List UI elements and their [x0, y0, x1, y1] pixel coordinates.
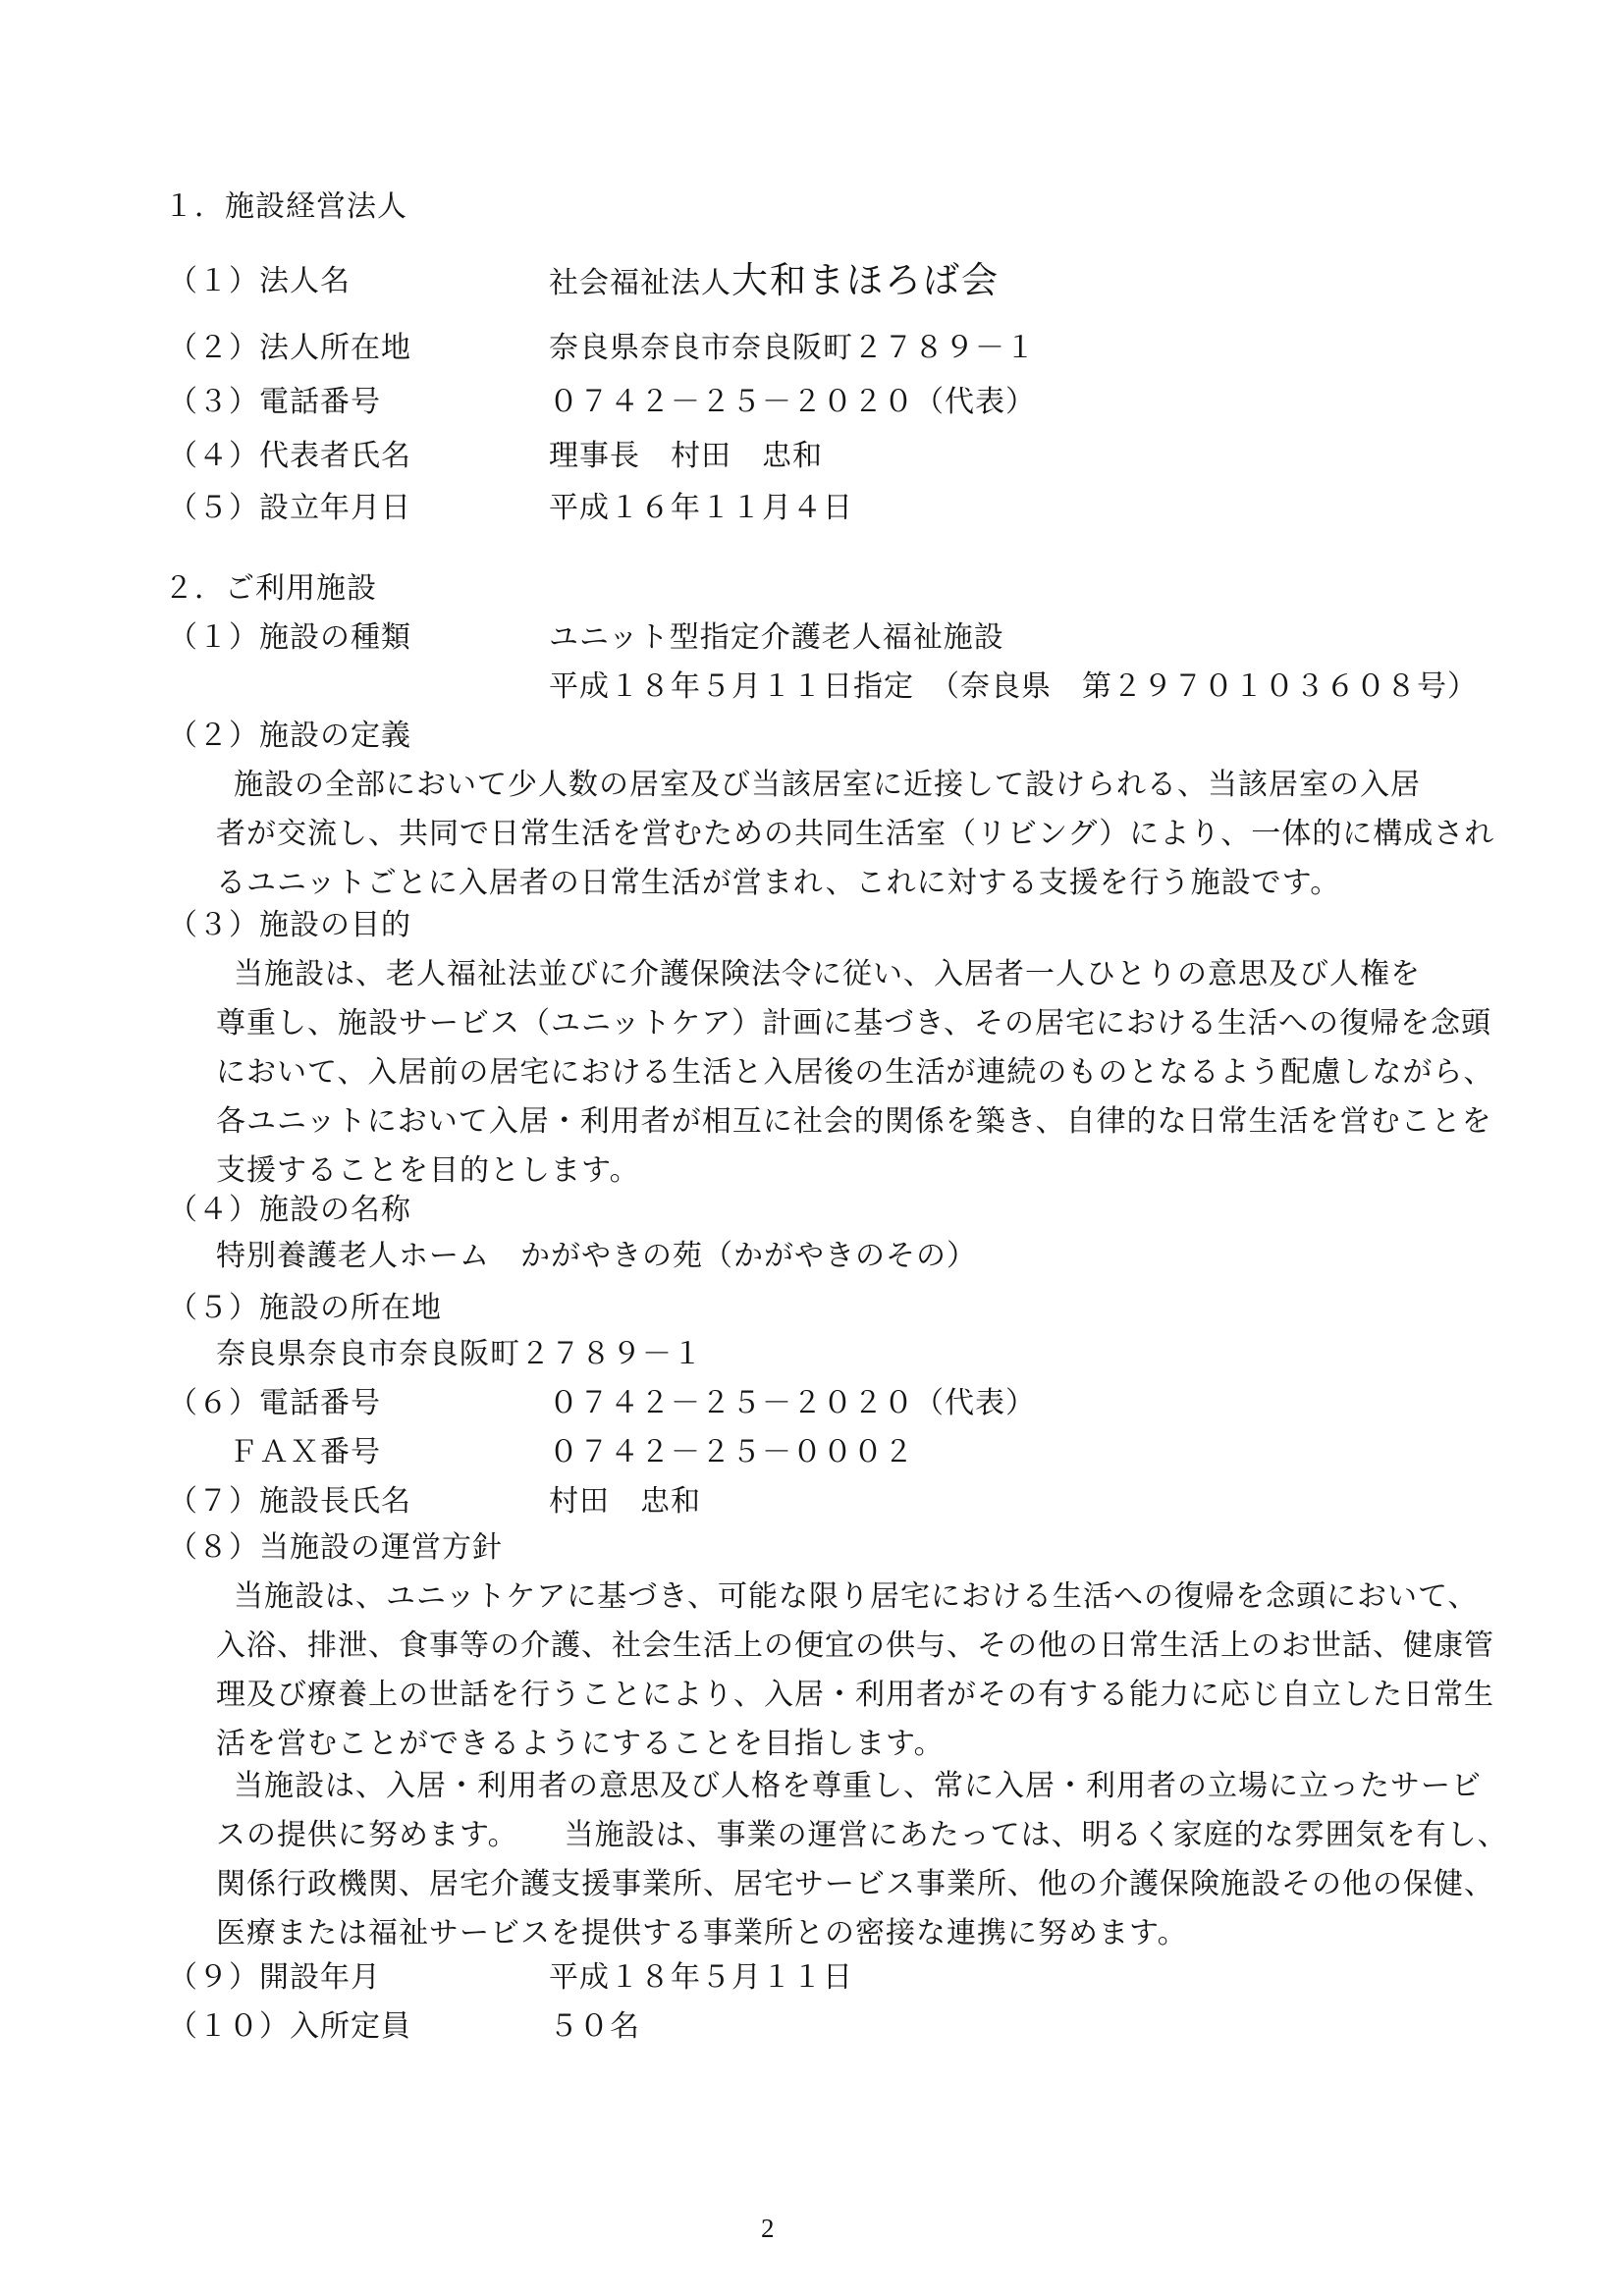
field-label: （１）法人名: [168, 257, 549, 306]
page-number: 2: [761, 2211, 775, 2246]
field-value: ０７４２－２５－２０２０（代表）: [549, 1379, 1036, 1428]
row-facility-director: （７）施設長氏名 村田 忠和: [168, 1477, 1585, 1526]
row-facility-type: （１）施設の種類 ユニット型指定介護老人福祉施設: [168, 614, 1585, 663]
facility-name-value: 特別養護老人ホーム かがやきの苑（かがやきのその）: [216, 1232, 1585, 1281]
operation-policy-paragraph-1: 当施設は、ユニットケアに基づき、可能な限り居宅における生活への復帰を念頭において…: [216, 1573, 1585, 1769]
paragraph-line: 入浴、排泄、食事等の介護、社会生活上の便宜の供与、その他の日常生活上のお世話、健…: [216, 1622, 1585, 1671]
row-facility-name: （４）施設の名称: [168, 1186, 1585, 1235]
field-value: ０７４２－２５－２０２０（代表）: [549, 378, 1036, 427]
corporate-name-prefix: 社会福祉法人: [549, 267, 731, 299]
paragraph-line: 者が交流し、共同で日常生活を営むための共同生活室（リビング）により、一体的に構成…: [216, 810, 1585, 859]
field-value: 理事長 村田 忠和: [549, 432, 823, 481]
paragraph-line: 医療または福祉サービスを提供する事業所との密接な連携に努めます。: [216, 1909, 1585, 1958]
row-opening-date: （９）開設年月 平成１８年５月１１日: [168, 1953, 1585, 2002]
row-facility-phone: （６）電話番号 ０７４２－２５－２０２０（代表）: [168, 1379, 1585, 1428]
field-value: 平成１８年５月１１日: [549, 1953, 853, 2002]
document-page: { "document": { "page_number": "2", "sec…: [0, 0, 1624, 2296]
row-corporate-name: （１）法人名 社会福祉法人大和まほろば会: [168, 257, 1585, 306]
field-label: （２）法人所在地: [168, 324, 549, 373]
corporate-name-emphasis: 大和まほろば会: [731, 261, 1000, 301]
facility-address-value: 奈良県奈良市奈良阪町２７８９－１: [216, 1330, 1585, 1379]
field-value: 平成１６年１１月４日: [549, 484, 853, 533]
field-label: （７）施設長氏名: [168, 1477, 549, 1526]
field-label: （３）電話番号: [168, 378, 549, 427]
paragraph-line: 施設の全部において少人数の居室及び当該居室に近接して設けられる、当該居室の入居: [216, 761, 1585, 810]
row-established-date: （５）設立年月日 平成１６年１１月４日: [168, 484, 1585, 533]
row-facility-address: （５）施設の所在地: [168, 1284, 1585, 1333]
row-phone-number: （３）電話番号 ０７４２－２５－２０２０（代表）: [168, 378, 1585, 427]
facility-purpose-paragraph: 当施設は、老人福祉法並びに介護保険法令に従い、入居者一人ひとりの意思及び人権を …: [216, 950, 1585, 1196]
facility-definition-paragraph: 施設の全部において少人数の居室及び当該居室に近接して設けられる、当該居室の入居 …: [216, 761, 1585, 908]
paragraph-line: 当施設は、老人福祉法並びに介護保険法令に従い、入居者一人ひとりの意思及び人権を: [216, 950, 1585, 999]
row-facility-purpose: （３）施設の目的: [168, 901, 1585, 950]
field-value: 村田 忠和: [549, 1477, 701, 1526]
row-capacity: （１０）入所定員 ５０名: [168, 2002, 1585, 2052]
paragraph-line: 当施設は、入居・利用者の意思及び人格を尊重し、常に入居・利用者の立場に立ったサー…: [216, 1762, 1585, 1811]
document-body: １．施設経営法人 （１）法人名 社会福祉法人大和まほろば会 （２）法人所在地 奈…: [0, 0, 1624, 2296]
paragraph-line: 尊重し、施設サービス（ユニットケア）計画に基づき、その居宅における生活への復帰を…: [216, 999, 1585, 1048]
row-corporate-address: （２）法人所在地 奈良県奈良市奈良阪町２７８９－１: [168, 324, 1585, 373]
field-label: （５）設立年月日: [168, 484, 549, 533]
field-label: （６）電話番号: [168, 1379, 549, 1428]
row-fax: ＦＡＸ番号 ０７４２－２５－０００２: [168, 1428, 1585, 1477]
row-operation-policy: （８）当施設の運営方針: [168, 1523, 1585, 1573]
paragraph-line: において、入居前の居宅における生活と入居後の生活が連続のものとなるよう配慮しなが…: [216, 1048, 1585, 1097]
field-label: （４）代表者氏名: [168, 432, 549, 481]
paragraph-line: スの提供に努めます。 当施設は、事業の運営にあたっては、明るく家庭的な雰囲気を有…: [216, 1811, 1585, 1860]
field-value: 奈良県奈良市奈良阪町２７８９－１: [549, 324, 1036, 373]
facility-type-designation: 平成１８年５月１１日指定 （奈良県 第２９７０１０３６０８号）: [549, 663, 1585, 712]
field-value: ０７４２－２５－０００２: [549, 1428, 914, 1477]
paragraph-line: 関係行政機関、居宅介護支援事業所、居宅サービス事業所、他の介護保険施設その他の保…: [216, 1860, 1585, 1909]
field-label: （９）開設年月: [168, 1953, 549, 2002]
field-label: （１０）入所定員: [168, 2002, 549, 2052]
field-label: （１）施設の種類: [168, 614, 549, 663]
section-1-heading: １．施設経営法人: [164, 183, 1585, 232]
field-value: ５０名: [549, 2002, 640, 2052]
section-2-heading: ２．ご利用施設: [164, 564, 1585, 614]
field-value: ユニット型指定介護老人福祉施設: [549, 614, 1004, 663]
row-representative: （４）代表者氏名 理事長 村田 忠和: [168, 432, 1585, 481]
paragraph-line: 各ユニットにおいて入居・利用者が相互に社会的関係を築き、自律的な日常生活を営むこ…: [216, 1097, 1585, 1147]
paragraph-line: 当施設は、ユニットケアに基づき、可能な限り居宅における生活への復帰を念頭において…: [216, 1573, 1585, 1622]
field-label: ＦＡＸ番号: [168, 1428, 549, 1477]
operation-policy-paragraph-2: 当施設は、入居・利用者の意思及び人格を尊重し、常に入居・利用者の立場に立ったサー…: [216, 1762, 1585, 1958]
paragraph-line: 理及び療養上の世話を行うことにより、入居・利用者がその有する能力に応じ自立した日…: [216, 1671, 1585, 1720]
row-facility-definition: （２）施設の定義: [168, 712, 1585, 761]
field-value: 社会福祉法人大和まほろば会: [549, 257, 1000, 306]
